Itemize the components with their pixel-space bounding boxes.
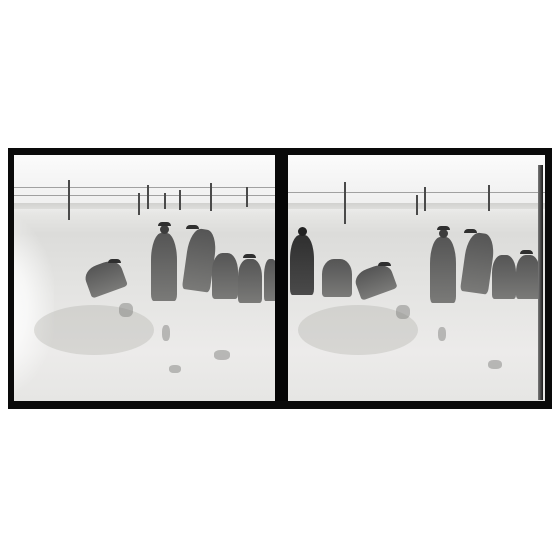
plate-edge (538, 165, 543, 400)
soldier-seated (238, 259, 262, 303)
soldier-head (439, 229, 448, 238)
soldier-seated (492, 255, 516, 299)
helmet (437, 226, 450, 230)
barbed-wire (14, 195, 275, 196)
shell-crater (34, 305, 154, 355)
soldier-seated (264, 259, 275, 301)
barbed-wire (14, 187, 275, 188)
helmet (378, 262, 391, 266)
fence-post (344, 182, 346, 224)
helmet (108, 259, 121, 263)
soldier-seated (322, 259, 352, 297)
stereo-plate (8, 148, 552, 409)
light-leak (14, 215, 54, 395)
stereo-divider (275, 180, 288, 401)
soldier-seated (212, 253, 238, 299)
stereo-right-view (288, 155, 545, 401)
fence-post (246, 187, 248, 207)
fence-post (164, 193, 166, 209)
horizon-ridge (14, 203, 275, 209)
fence-post (416, 195, 418, 215)
rock (488, 360, 502, 369)
stereo-left-view (14, 155, 275, 401)
canister (396, 305, 410, 319)
soldier-reclining (82, 257, 128, 298)
helmet (158, 222, 171, 226)
fence-post (179, 190, 181, 210)
soldier-standing-uniform (290, 235, 314, 295)
fence-post (68, 180, 70, 220)
barbed-wire (288, 192, 545, 193)
canister (119, 303, 133, 317)
stake (438, 327, 446, 341)
rock (169, 365, 181, 373)
soldier-seated (516, 255, 540, 299)
rock (214, 350, 230, 360)
sky (14, 155, 275, 205)
helmet (520, 250, 533, 254)
soldier-standing-coat (430, 237, 456, 303)
helmet (464, 229, 477, 233)
helmet (243, 254, 256, 258)
soldier-bending (460, 231, 496, 294)
fence-post (210, 183, 212, 211)
soldier-head (160, 225, 169, 234)
helmet (186, 225, 199, 229)
fence-post (138, 193, 140, 215)
fence-post (488, 185, 490, 211)
fence-post (147, 185, 149, 209)
fence-post (424, 187, 426, 211)
soldier-head (298, 227, 307, 236)
stake (162, 325, 170, 341)
soldier-standing-coat (151, 233, 177, 301)
soldier-reclining (352, 261, 397, 300)
